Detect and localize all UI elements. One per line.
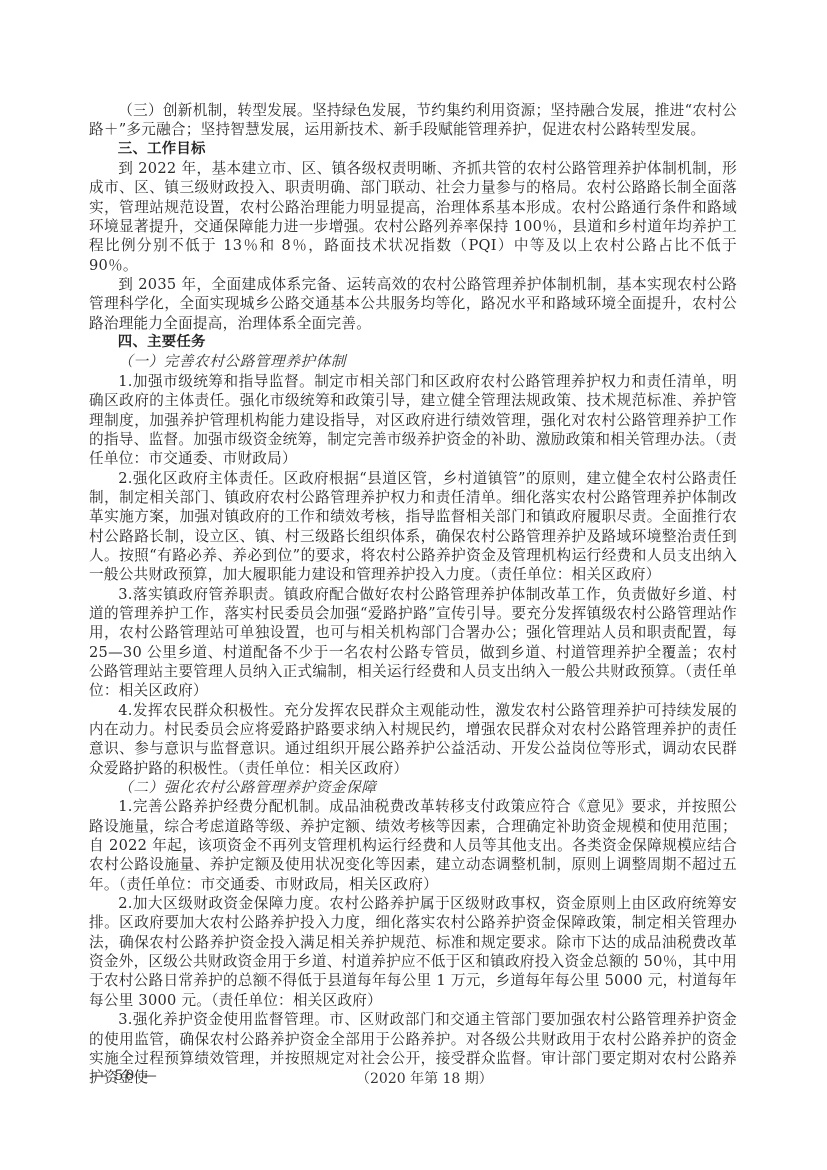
paragraph-task-1-2: 2.强化区政府主体责任。区政府根据“县道区管，乡村道镇管”的原则，建立健全农村公… bbox=[89, 469, 737, 585]
paragraph-goal-2022: 到 2022 年，基本建立市、区、镇各级权责明晰、齐抓共管的农村公路管理养护体制… bbox=[89, 159, 737, 275]
paragraph-task-2-1: 1.完善公路养护经费分配机制。成品油税费改革转移支付政策应符合《意见》要求，并按… bbox=[89, 797, 737, 894]
page-footer: — 50 — （2020 年第 18 期） bbox=[0, 1068, 827, 1090]
paragraph-task-1-1: 1.加强市级统筹和指导监督。制定市相关部门和区政府农村公路管理养护权力和责任清单… bbox=[89, 372, 737, 469]
subsection-heading-funding-guarantee: （二）强化农村公路管理养护资金保障 bbox=[89, 778, 737, 797]
issue-label: （2020 年第 18 期） bbox=[356, 1068, 493, 1088]
document-page: （三）创新机制，转型发展。坚持绿色发展，节约集约利用资源；坚持融合发展，推进“农… bbox=[0, 0, 827, 1170]
subsection-heading-management-system: （一）完善农村公路管理养护体制 bbox=[89, 352, 737, 371]
document-body: （三）创新机制，转型发展。坚持绿色发展，节约集约利用资源；坚持融合发展，推进“农… bbox=[89, 101, 737, 1088]
section-heading-main-tasks: 四、主要任务 bbox=[89, 333, 737, 352]
paragraph-task-1-4: 4.发挥农民群众积极性。充分发挥农民群众主观能动性，激发农村公路管理养护可持续发… bbox=[89, 701, 737, 778]
section-heading-work-goals: 三、工作目标 bbox=[89, 140, 737, 159]
paragraph-task-1-3: 3.落实镇政府管养职责。镇政府配合做好农村公路管理养护体制改革工作，负责做好乡道… bbox=[89, 585, 737, 701]
page-number: — 50 — bbox=[92, 1068, 159, 1084]
paragraph-task-2-2: 2.加大区级财政资金保障力度。农村公路养护属于区级财政事权，资金原则上由区政府统… bbox=[89, 894, 737, 1010]
paragraph-principle-3: （三）创新机制，转型发展。坚持绿色发展，节约集约利用资源；坚持融合发展，推进“农… bbox=[89, 101, 737, 140]
paragraph-goal-2035: 到 2035 年，全面建成体系完备、运转高效的农村公路管理养护体制机制，基本实现… bbox=[89, 275, 737, 333]
